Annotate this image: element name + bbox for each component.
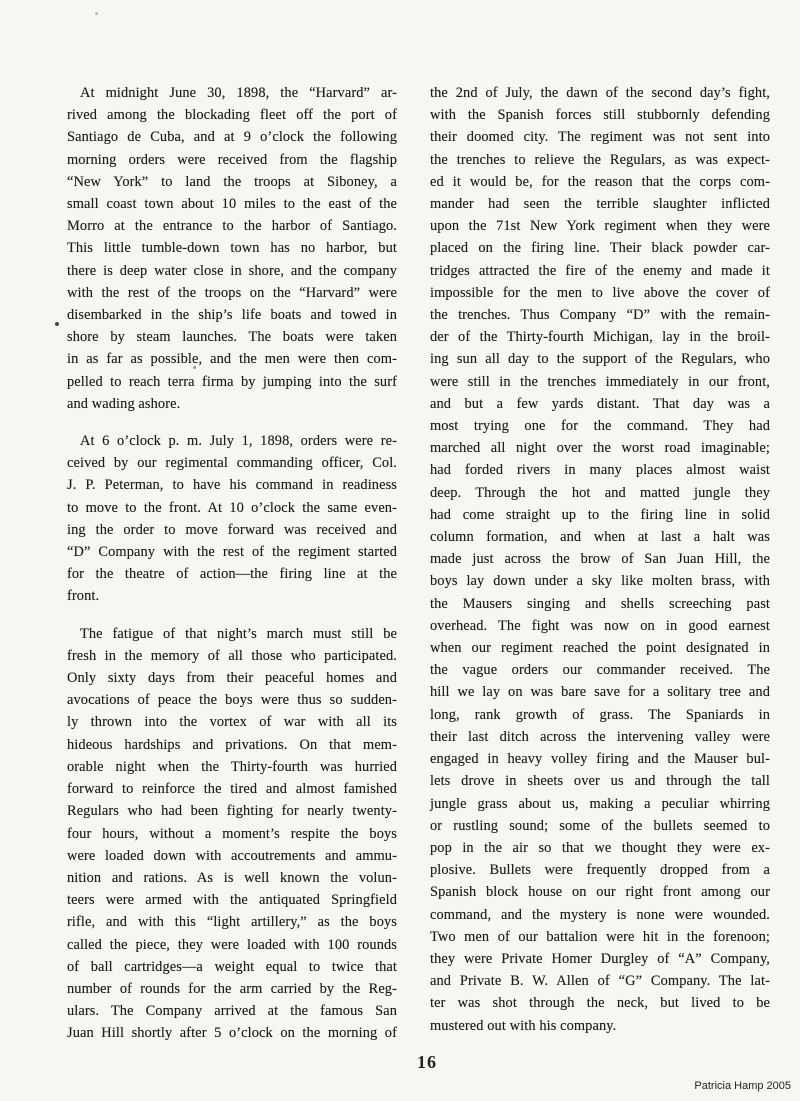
text-line: plosive. Bullets were frequently dropped…	[430, 859, 770, 881]
text-line: This little tumble-down town has no harb…	[67, 237, 397, 259]
paragraph: the 2nd of July, the dawn of the second …	[430, 82, 770, 1037]
text-line: long, rank growth of grass. The Spaniard…	[430, 704, 770, 726]
text-line: made just across the brow of San Juan Hi…	[430, 548, 770, 570]
text-line: number of rounds for the arm carried by …	[67, 978, 397, 1000]
text-line: and but a few yards distant. That day wa…	[430, 393, 770, 415]
ink-speck	[55, 322, 59, 326]
text-line: Regulars who had been fighting for nearl…	[67, 800, 397, 822]
text-line: ing the order to move forward was receiv…	[67, 519, 397, 541]
text-line: ulars. The Company arrived at the famous…	[67, 1000, 397, 1022]
text-line: boys lay down under a sky like molten br…	[430, 570, 770, 592]
text-line: with the rest of the troops on the “Harv…	[67, 282, 397, 304]
text-line: ceived by our regimental commanding offi…	[67, 452, 397, 474]
text-line: four hours, without a moment’s respite t…	[67, 823, 397, 845]
text-line: there is deep water close in shore, and …	[67, 260, 397, 282]
text-line: disembarked in the ship’s life boats and…	[67, 304, 397, 326]
ink-speck	[95, 12, 98, 15]
text-line: when our regiment reached the point desi…	[430, 637, 770, 659]
text-line: their last ditch across the intervening …	[430, 726, 770, 748]
text-line: mander had seen the terrible slaughter i…	[430, 193, 770, 215]
text-line: had come straight up to the firing line …	[430, 504, 770, 526]
text-line: the trenches to relieve the Regulars, as…	[430, 149, 770, 171]
text-line: Morro at the entrance to the harbor of S…	[67, 215, 397, 237]
paragraph: The fatigue of that night’s march must s…	[67, 623, 397, 1045]
text-line: pelled to reach terra firma by jumping i…	[67, 371, 397, 393]
text-line: the trenches. Thus Company “D” with the …	[430, 304, 770, 326]
text-line: most trying one for the command. They ha…	[430, 415, 770, 437]
text-line: were still in the trenches immediately i…	[430, 371, 770, 393]
text-line: and wading ashore.	[67, 393, 397, 415]
text-line: shore by steam launches. The boats were …	[67, 326, 397, 348]
text-line: or rustling sound; some of the bullets s…	[430, 815, 770, 837]
text-line: called the piece, they were loaded with …	[67, 934, 397, 956]
text-column-left: At midnight June 30, 1898, the “Harvard”…	[67, 82, 397, 1045]
text-line: fresh in the memory of all those who par…	[67, 645, 397, 667]
text-line: in as far as possible, and the men were …	[67, 348, 397, 370]
text-line: avocations of peace the boys were thus s…	[67, 689, 397, 711]
text-line: ly thrown into the vortex of war with al…	[67, 711, 397, 733]
ink-speck	[193, 366, 196, 369]
text-line: hideous hardships and privations. On tha…	[67, 734, 397, 756]
scanned-document-page: At midnight June 30, 1898, the “Harvard”…	[0, 0, 800, 1101]
text-line: Spanish block house on our right front a…	[430, 881, 770, 903]
text-line: lets drove in sheets over us and through…	[430, 770, 770, 792]
text-line: orable night when the Thirty-fourth was …	[67, 756, 397, 778]
text-line: “D” Company with the rest of the regimen…	[67, 541, 397, 563]
text-line: morning orders were received from the fl…	[67, 149, 397, 171]
text-line: Only sixty days from their peaceful home…	[67, 667, 397, 689]
text-line: small coast town about 10 miles to the e…	[67, 193, 397, 215]
text-line: upon the 71st New York regiment when the…	[430, 215, 770, 237]
text-line: for the theatre of action—the firing lin…	[67, 563, 397, 585]
text-line: impossible for the men to live above the…	[430, 282, 770, 304]
copyright-credit: Patricia Hamp 2005	[694, 1080, 791, 1092]
text-column-right: the 2nd of July, the dawn of the second …	[430, 82, 770, 1037]
text-line: to move to the front. At 10 o’clock the …	[67, 497, 397, 519]
text-line: der of the Thirty-fourth Michigan, lay i…	[430, 326, 770, 348]
text-line: pop in the air so that we thought they w…	[430, 837, 770, 859]
paragraph: At 6 o’clock p. m. July 1, 1898, orders …	[67, 430, 397, 608]
text-line: Santiago de Cuba, and at 9 o’clock the f…	[67, 126, 397, 148]
text-line: were loaded down with accoutrements and …	[67, 845, 397, 867]
text-line: with the Spanish forces still stubbornly…	[430, 104, 770, 126]
text-line: placed on the firing line. Their black p…	[430, 237, 770, 259]
text-line: the vague orders our commander received.…	[430, 659, 770, 681]
text-line: they were Private Homer Durgley of “A” C…	[430, 948, 770, 970]
text-line: At 6 o’clock p. m. July 1, 1898, orders …	[67, 430, 397, 452]
text-line: J. P. Peterman, to have his command in r…	[67, 474, 397, 496]
text-line: jungle grass about us, making a peculiar…	[430, 793, 770, 815]
text-line: forward to reinforce the tired and almos…	[67, 778, 397, 800]
text-line: of ball cartridges—a weight equal to twi…	[67, 956, 397, 978]
text-line: nition and rations. As is well known the…	[67, 867, 397, 889]
text-line: front.	[67, 585, 397, 607]
text-line: ed it would be, for the reason that the …	[430, 171, 770, 193]
text-line: deep. Through the hot and matted jungle …	[430, 482, 770, 504]
text-line: rifle, and with this “light artillery,” …	[67, 911, 397, 933]
text-line: the 2nd of July, the dawn of the second …	[430, 82, 770, 104]
text-line: column formation, and when at last a hal…	[430, 526, 770, 548]
text-line: engaged in heavy volley firing and the M…	[430, 748, 770, 770]
text-line: Juan Hill shortly after 5 o’clock on the…	[67, 1022, 397, 1044]
text-line: rived among the blockading fleet off the…	[67, 104, 397, 126]
text-line: command, and the mystery is none were wo…	[430, 904, 770, 926]
text-line: The fatigue of that night’s march must s…	[67, 623, 397, 645]
text-line: At midnight June 30, 1898, the “Harvard”…	[67, 82, 397, 104]
text-line: the Mausers singing and shells screechin…	[430, 593, 770, 615]
paragraph: At midnight June 30, 1898, the “Harvard”…	[67, 82, 397, 415]
text-line: marched all night over the worst road im…	[430, 437, 770, 459]
page-number: 16	[405, 1052, 449, 1073]
text-line: ter was shot through the neck, but lived…	[430, 992, 770, 1014]
text-line: teers were armed with the antiquated Spr…	[67, 889, 397, 911]
text-line: had forded rivers in many places almost …	[430, 459, 770, 481]
text-line: their doomed city. The regiment was not …	[430, 126, 770, 148]
text-line: Two men of our battalion were hit in the…	[430, 926, 770, 948]
text-line: “New York” to land the troops at Siboney…	[67, 171, 397, 193]
text-line: ing sun all day to the support of the Re…	[430, 348, 770, 370]
text-line: tridges attracted the fire of the enemy …	[430, 260, 770, 282]
text-line: and Private B. W. Allen of “G” Company. …	[430, 970, 770, 992]
text-line: mustered out with his company.	[430, 1015, 770, 1037]
text-line: hill we lay on was bare save for a solit…	[430, 681, 770, 703]
text-line: overhead. The fight was now on in good e…	[430, 615, 770, 637]
